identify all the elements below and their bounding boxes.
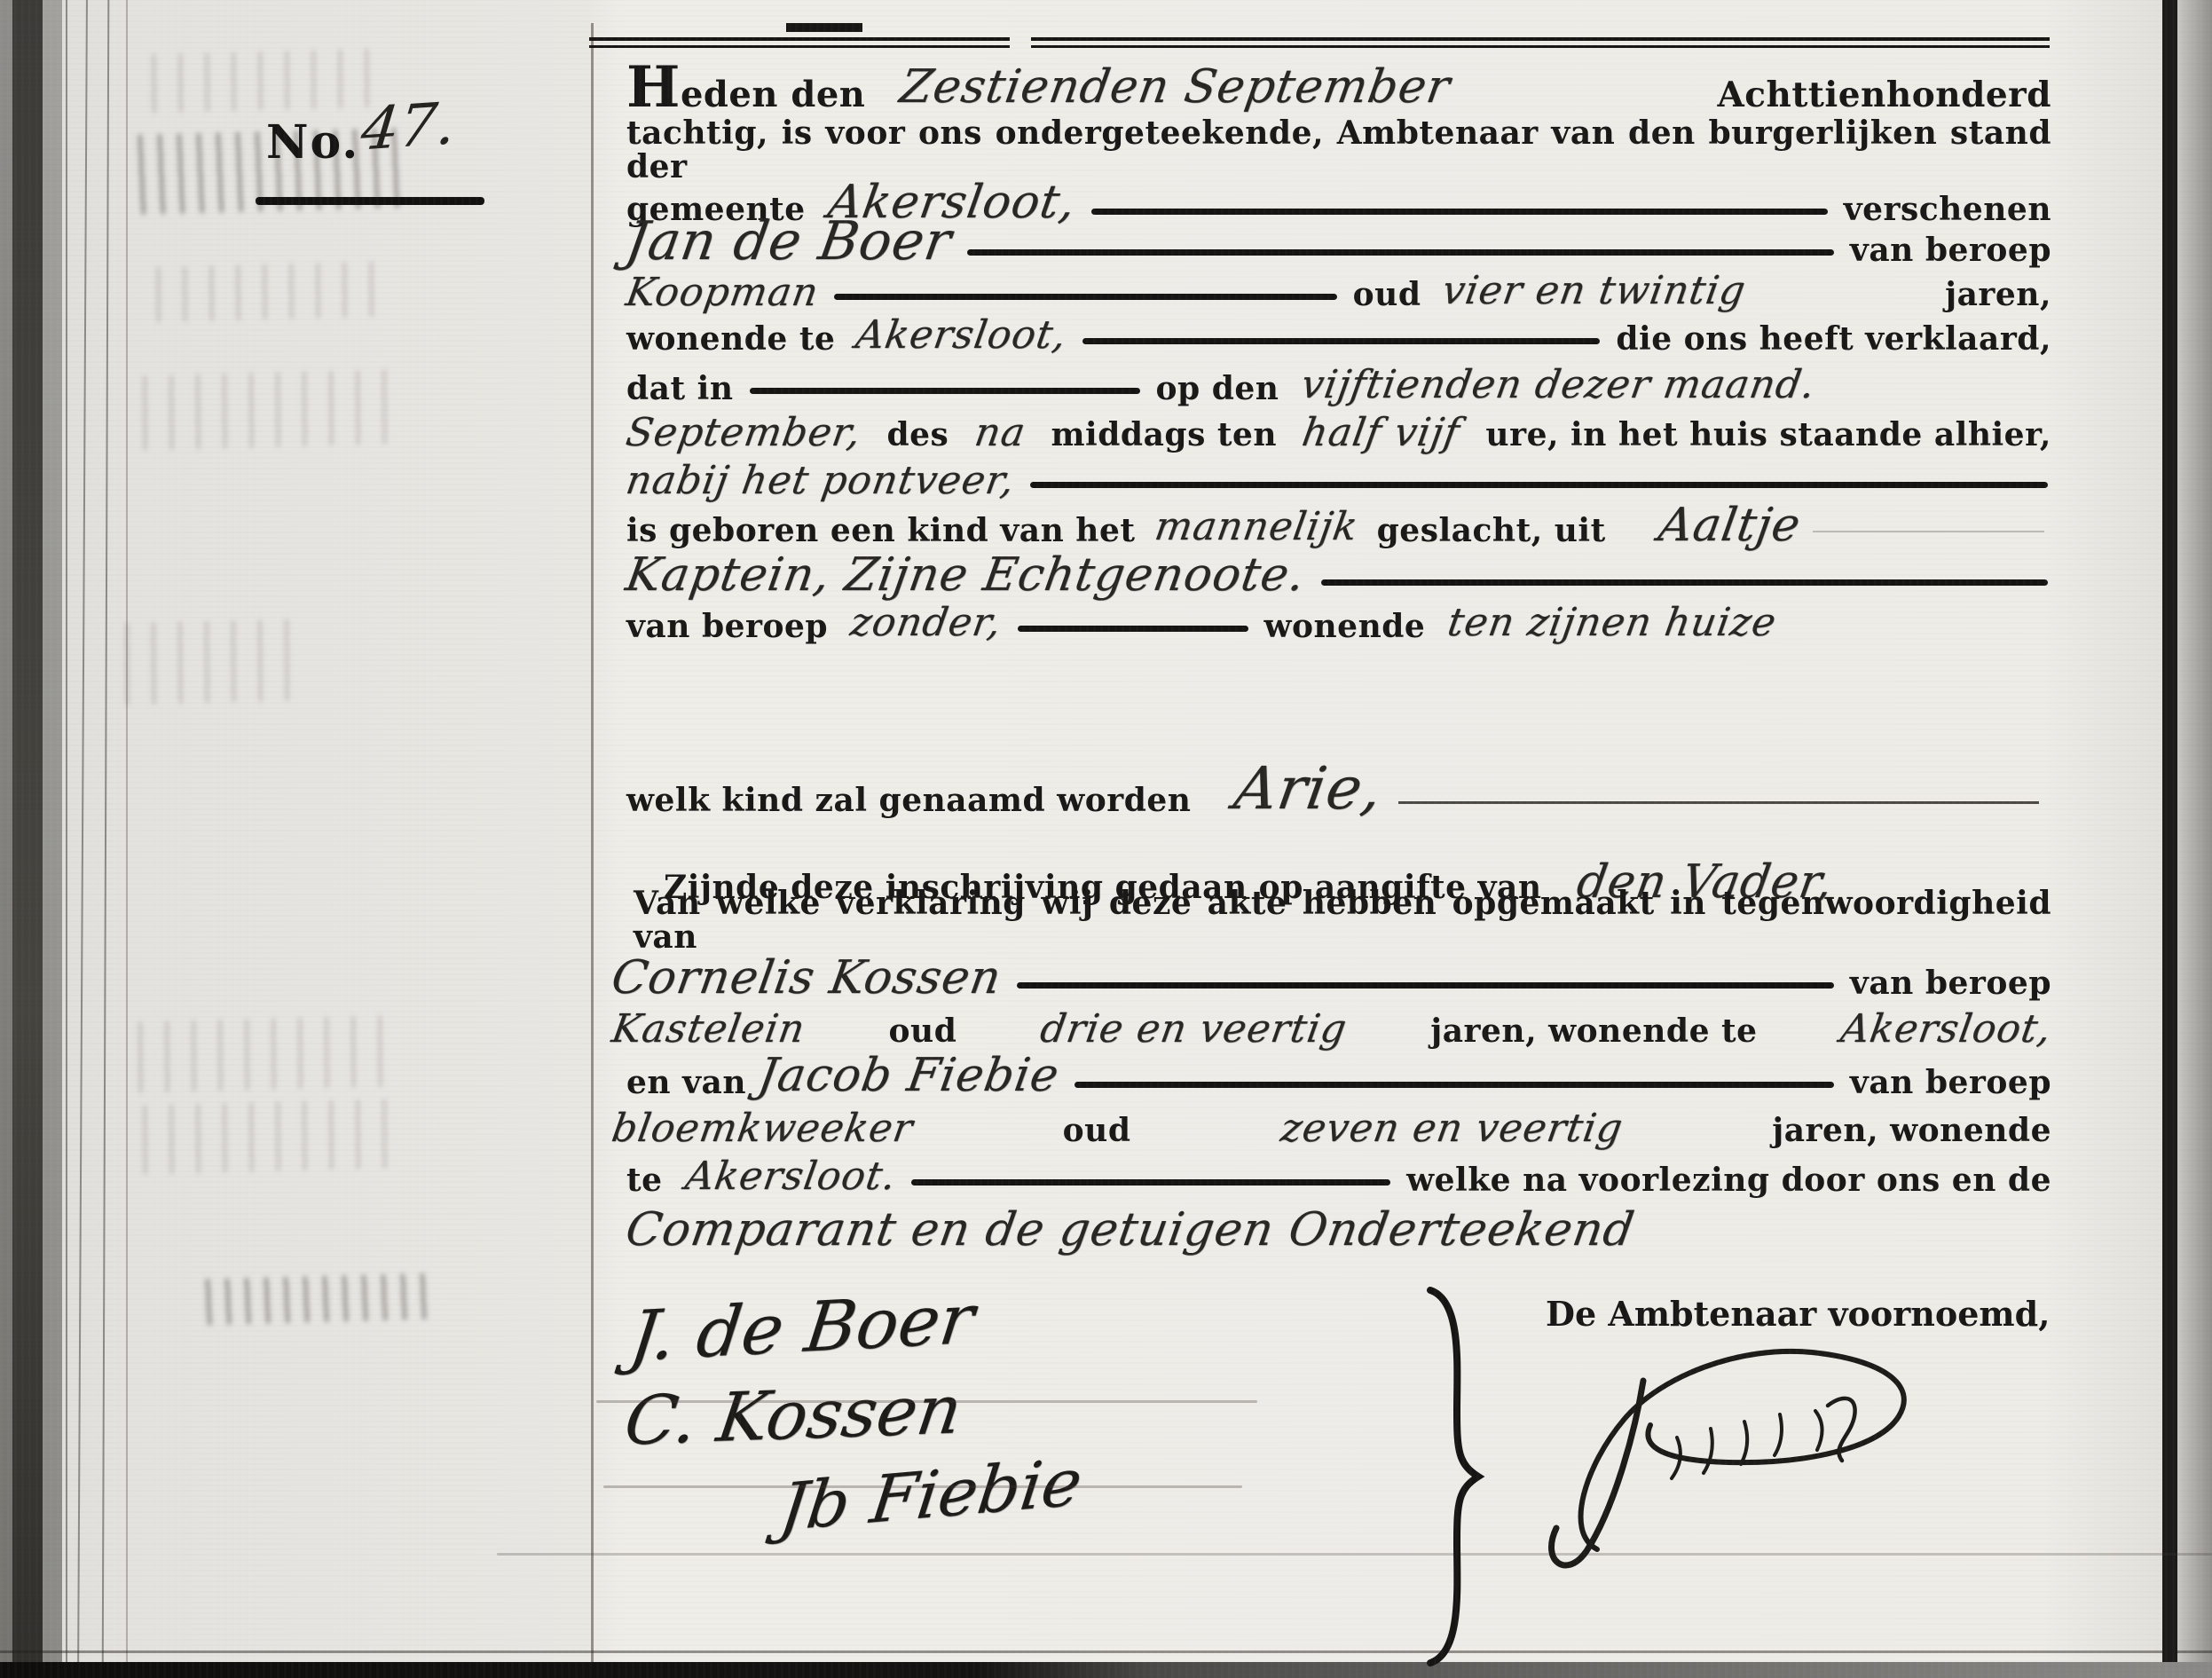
act-line-8: September, des na middags ten half vijf …	[593, 401, 2053, 453]
book-left-outer-edge	[0, 0, 12, 1678]
printed-text: jaren, wonende	[1772, 1115, 2051, 1148]
page-stack-edge	[43, 0, 62, 1678]
ink-rule	[1321, 579, 2049, 586]
witness-signature-2: Jb Fiebie	[775, 1445, 1086, 1547]
thin-ink-rule	[1398, 801, 2039, 804]
printed-text: te	[626, 1164, 663, 1198]
act-line-11: Kaptein, Zijne Echtgenoote.	[593, 541, 2053, 598]
handwritten-witness2-profession: bloemkweeker	[610, 1109, 917, 1148]
printed-text: oud	[1063, 1115, 1131, 1148]
bleed-through-smudge	[199, 1272, 439, 1325]
handwritten-birth-location: nabij het pontveer,	[624, 461, 1018, 500]
handwritten-witness2-name: Jacob Fiebie	[755, 1052, 1063, 1099]
page-stack-line	[126, 0, 128, 1678]
bleed-through-smudge	[141, 48, 391, 113]
act-line-16: Cornelis Kossen van beroep	[593, 944, 2053, 1001]
printed-text: ure, in het huis staande alhier,	[1485, 419, 2051, 453]
ink-rule	[1018, 626, 1248, 632]
handwritten-date: Zestienden September	[897, 64, 1694, 110]
act-line-4: Jan de Boer van beroep	[593, 208, 2053, 268]
printed-text: en van	[626, 1067, 746, 1100]
act-line-9: nabij het pontveer,	[593, 449, 2053, 500]
printed-text: middags ten	[1051, 419, 1277, 453]
printed-text: welke na voorlezing door ons en de	[1406, 1164, 2051, 1198]
handwritten-mother-surname: Kaptein, Zijne Echtgenoote.	[623, 552, 1309, 598]
handwritten-residence: Akersloot,	[854, 316, 1070, 355]
witness-signature-1: C. Kossen	[620, 1369, 967, 1460]
page-right-outer-edge	[2177, 0, 2212, 1678]
witness-signature-declarant: J. de Boer	[626, 1280, 979, 1377]
act-line-18: en van Jacob Fiebie van beroep	[593, 1044, 2053, 1100]
act-line-1: Heden den Zestienden September Achttienh…	[593, 57, 2053, 114]
bleed-through-smudge	[128, 1015, 396, 1093]
printed-text: tachtig, is voor ons ondergeteekende, Am…	[626, 117, 2051, 185]
act-line-19: bloemkweeker oud zeven en veertig jaren,…	[593, 1097, 2053, 1148]
bottom-ruled-line	[0, 1650, 2212, 1653]
bleed-through-smudge	[132, 369, 400, 451]
bleed-through-smudge	[146, 261, 387, 322]
act-line-12: van beroep zonder, wonende ten zijnen hu…	[593, 593, 2053, 644]
printed-text: Achttienhonderd	[1718, 77, 2052, 114]
handwritten-witness2-age: zeven en veertig	[1278, 1109, 1626, 1148]
page-stack-line	[77, 0, 88, 1678]
scanned-birth-record-page: No. 47. Heden den Zestienden September A…	[0, 0, 2212, 1678]
handwritten-month: September,	[624, 414, 864, 453]
handwritten-daypart: na	[972, 414, 1028, 453]
page-stack-line	[66, 0, 67, 1678]
form-top-rule	[589, 45, 1010, 48]
printed-text: wonende te	[626, 323, 835, 357]
page-stack-line	[102, 0, 110, 1678]
printed-text: van beroep	[626, 611, 828, 644]
ink-rule	[1030, 482, 2048, 488]
act-number-underline	[256, 197, 484, 205]
ink-rule	[1082, 338, 1600, 344]
faint-guide-line	[1813, 531, 2044, 532]
printed-text: des	[886, 419, 949, 453]
ink-rule	[911, 1179, 1390, 1186]
handwritten-birth-day: vijftienden dezer maand.	[1299, 366, 2054, 405]
signature-brace	[1411, 1285, 1487, 1672]
printed-text: van beroep	[1850, 967, 2051, 1001]
handwritten-declarant-name: Jan de Boer	[622, 215, 955, 268]
act-line-13: welk kind zal genaamd worden Arie,	[593, 754, 2053, 818]
faint-guide-line	[497, 1553, 2212, 1556]
act-line-6: wonende te Akersloot, die ons heeft verk…	[593, 305, 2053, 357]
faint-guide-line	[603, 1485, 1242, 1488]
handwritten-mother-residence: ten zijnen huize	[1445, 603, 2055, 642]
bleed-through-smudge	[132, 1099, 400, 1175]
act-line-7: dat in op den vijftienden dezer maand.	[593, 355, 2053, 406]
book-left-dark-edge	[12, 0, 43, 1678]
form-top-tick	[786, 23, 862, 32]
handwritten-child-name: Arie,	[1231, 760, 1387, 818]
handwritten-witness1-name: Cornelis Kossen	[609, 955, 1004, 1001]
form-top-rule	[1031, 45, 2050, 48]
handwritten-mother-profession: zonder,	[848, 603, 1004, 642]
act-number-label: No.	[266, 115, 359, 169]
act-line-20: te Akersloot. welke na voorlezing door o…	[593, 1146, 2053, 1198]
act-line-21: Comparant en de getuigen Onderteekend	[593, 1196, 2053, 1253]
faint-guide-line	[596, 1400, 1257, 1403]
printed-text: Heden den	[626, 65, 865, 114]
official-signature-heading: De Ambtenaar voornoemd,	[1546, 1294, 2050, 1334]
bleed-through-smudge	[114, 618, 303, 705]
page-bottom-edge	[0, 1662, 2212, 1678]
ink-rule	[1075, 1082, 1834, 1088]
ink-rule	[750, 388, 1140, 394]
printed-text: die ons heeft verklaard,	[1616, 323, 2051, 357]
ink-rule	[1017, 982, 1834, 989]
handwritten-closing-clause: Comparant en de getuigen Onderteekend	[623, 1207, 1638, 1253]
ink-rule	[967, 249, 1834, 256]
printed-text: van beroep	[1850, 1067, 2051, 1100]
handwritten-witness2-residence: Akersloot.	[682, 1157, 899, 1196]
form-top-rule	[589, 37, 1010, 41]
printed-text: welk kind zal genaamd worden	[626, 784, 1191, 818]
ink-rule	[834, 294, 1337, 300]
page-right-dark-edge	[2162, 0, 2177, 1678]
handwritten-hour: half vijf	[1300, 414, 1463, 453]
act-number-value: 47.	[358, 89, 459, 163]
official-signature	[1508, 1329, 1952, 1581]
act-line-17: Kastelein oud drie en veertig jaren, won…	[593, 997, 2053, 1049]
form-top-rule	[1031, 37, 2050, 41]
printed-text: wonende	[1264, 611, 1426, 644]
